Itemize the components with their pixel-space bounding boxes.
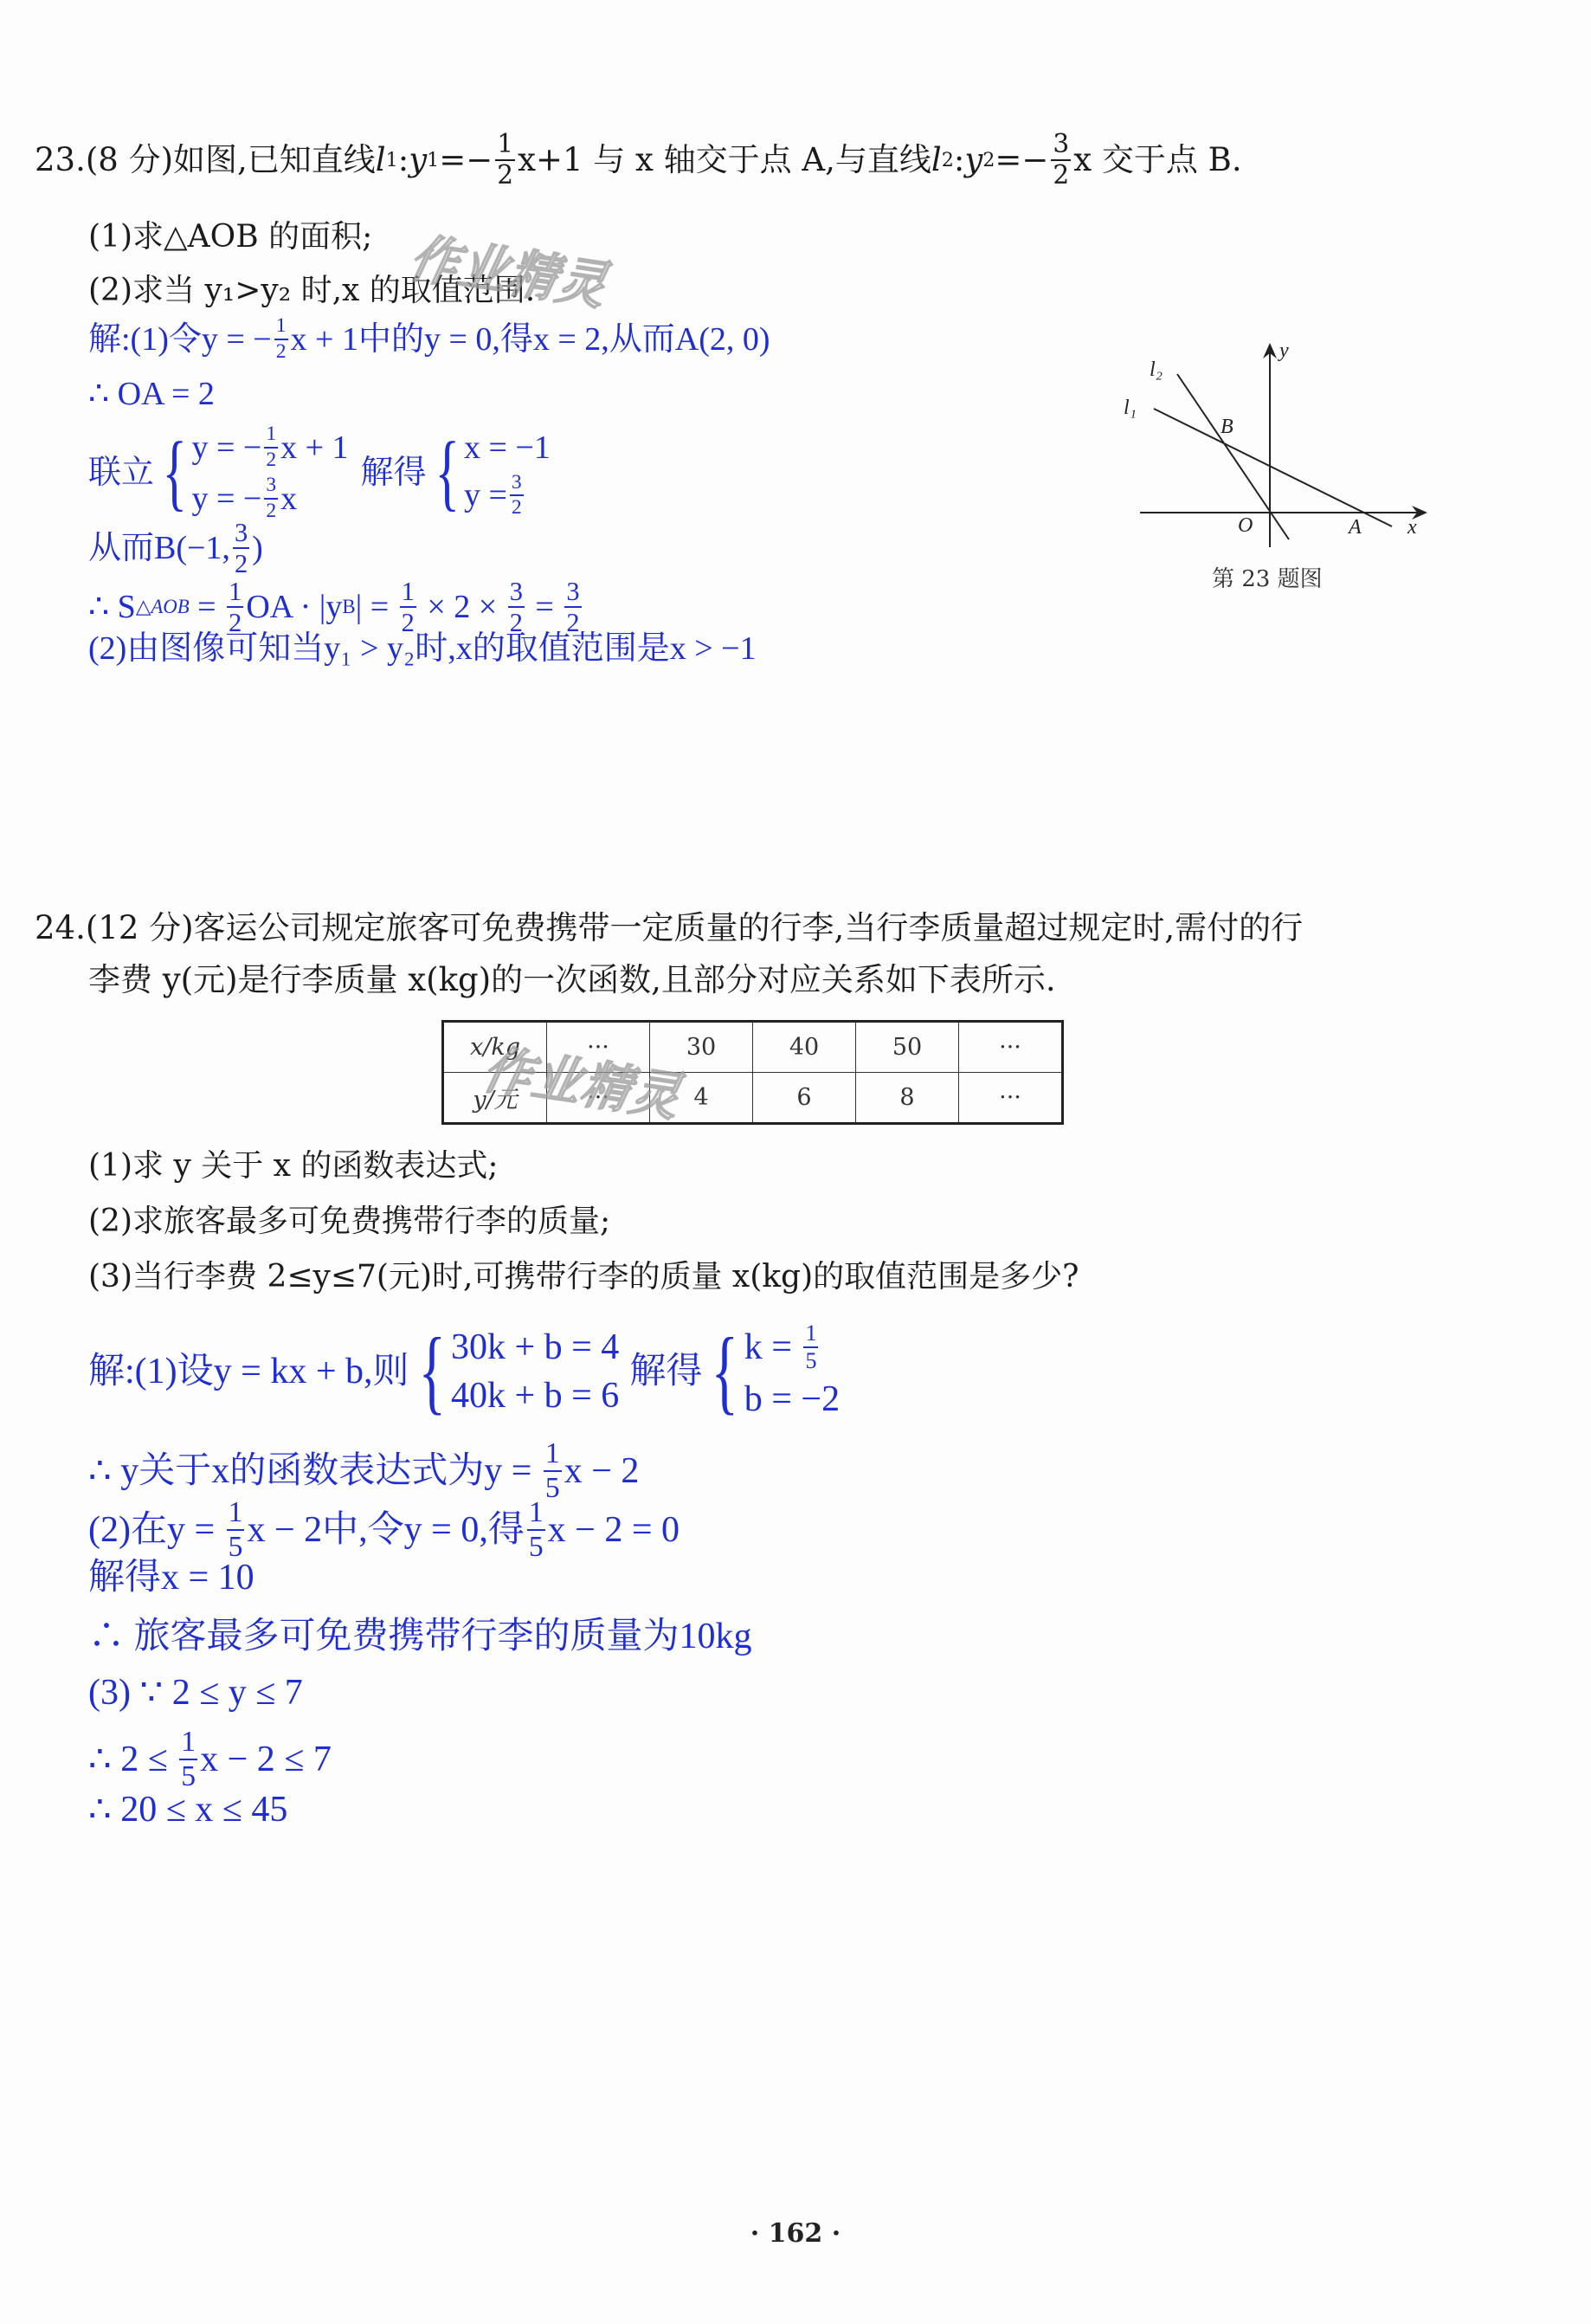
sol-text: y = [464,475,507,515]
l1-label: l₁ [1124,397,1137,420]
eq1-rest: x+1 与 x 轴交于点 A,与直线 [518,130,931,190]
numerator: 1 [527,1498,545,1531]
q24-sol-line4: 解得x = 10 [88,1556,254,1599]
sol-text: 解:(1)设y = kx + b,则 [88,1350,409,1393]
denominator: 2 [266,500,276,522]
y1-subscript: 1 [427,130,439,190]
y1-symbol: y [409,130,427,190]
q24-sol-line3: (2)在y = 15 x − 2中,令y = 0,得 15 x − 2 = 0 [88,1498,680,1561]
q24-sub2: (2)求旅客最多可免费携带行李的质量; [88,1203,610,1241]
sol-text: ∴ S [88,587,136,627]
fraction: 32 [510,473,524,519]
q24-sol-line2: ∴ y关于x的函数表达式为y = 15 x − 2 [88,1439,639,1502]
x-axis-label: x [1407,516,1417,539]
q23-sub1: (1)求△AOB 的面积; [88,218,372,256]
q24-stem-line2: 李费 y(元)是行李质量 x(kg)的一次函数,且部分对应关系如下表所示. [88,961,1056,999]
sol-text: k = [744,1326,802,1369]
sol-text: 联立 [88,453,154,493]
fraction: 15 [544,1439,562,1502]
l2-symbol: l [931,130,942,190]
point-a-label: A [1349,516,1362,539]
numerator: 3 [510,473,524,497]
denominator: 5 [805,1348,816,1372]
q24-sub1: (1)求 y 关于 x 的函数表达式; [88,1147,499,1185]
sol-text: = [527,587,562,627]
subscript: B [342,587,355,627]
numerator: 3 [264,475,278,500]
q24-stem-line1: 24.(12 分)客运公司规定旅客可免费携带一定质量的行李,当行李质量超过规定时… [35,909,1303,947]
l2-label: l₂ [1150,358,1163,382]
fraction: 32 [233,520,249,578]
eq1-sign: =− [439,130,493,190]
l1-subscript: 1 [386,130,398,190]
table-cell: 50 [856,1022,959,1073]
q24-sol-line1: 解:(1)设y = kx + b,则 { 30k + b = 4 40k + b… [88,1322,840,1421]
denominator: 2 [512,496,522,519]
sol-text: ∴ 2 ≤ [88,1738,177,1781]
q23-number: 23. [35,130,86,190]
figure-caption: 第 23 题图 [1212,561,1323,593]
numerator: 1 [495,132,515,161]
numerator: 3 [508,578,525,608]
sol-text: x − 2 [564,1449,640,1493]
solution-system: { k = 15 b = −2 [702,1322,840,1421]
sol-text: y = − [191,479,261,519]
sol-text: x − 2 = 0 [548,1508,680,1552]
numerator: 1 [803,1322,818,1348]
eq2-fraction: 32 [1051,132,1071,188]
y2-symbol: y [964,130,982,190]
left-brace-icon: { [163,430,187,516]
y2-subscript: 2 [982,130,995,190]
numerator: 1 [179,1727,197,1760]
colon: : [954,130,964,190]
system-row: k = 15 [744,1322,840,1372]
denominator: 2 [1053,161,1069,189]
subscript: △AOB [136,587,190,627]
solution-system: { x = −1 y = 32 [427,428,551,519]
sol-text: 解得 [629,1350,702,1393]
left-brace-icon: { [712,1324,738,1418]
denominator: 2 [276,340,287,363]
numerator: 1 [227,1498,245,1531]
sol-text: x + 1中的y = 0,得x = 2,从而A(2, 0) [291,320,770,359]
line-l2 [1177,374,1289,539]
system-row: b = −2 [744,1378,840,1421]
q23-sol-line4: 从而B(−1, 32 ) [88,520,263,578]
fraction: 15 [803,1322,818,1372]
q24-sol-line5: ∴ 旅客最多可免费携带行李的质量为10kg [88,1615,752,1658]
y-axis-label: y [1279,339,1289,363]
line-l1 [1154,409,1392,526]
system-row: 40k + b = 6 [451,1374,619,1417]
fraction: 15 [227,1498,245,1561]
q24-sol-line6: (3) ∵ 2 ≤ y ≤ 7 [88,1671,303,1714]
eq1-fraction: 12 [495,132,515,188]
q24-sub3: (3)当行李费 2≤y≤7(元)时,可携带行李的质量 x(kg)的取值范围是多少… [88,1258,1079,1296]
sol-text: | = [356,587,397,627]
origin-label: O [1238,514,1253,538]
fraction: 32 [508,578,525,636]
q23-sol-system: 联立 { y = −12x + 1 y = −32x 解得 { x = −1 y… [88,424,551,521]
numerator: 3 [1051,132,1071,161]
numerator: 1 [274,316,288,340]
fraction: 12 [227,578,243,636]
table-cell: ··· [959,1073,1063,1124]
table-cell: 40 [753,1022,856,1073]
system-row: y = −32x [191,475,348,521]
sol-text: 从而B(−1, [88,528,230,568]
q23-sol-line2: ∴ OA = 2 [88,374,215,414]
denominator: 2 [235,549,248,577]
left-brace-icon: { [418,1324,445,1418]
numerator: 1 [264,424,278,449]
q23-stem-text: 如图,已知直线 [173,130,376,190]
eq2-rest: x 交于点 B. [1073,130,1241,190]
fraction: 15 [179,1727,197,1791]
sol-text: x − 2 ≤ 7 [200,1738,332,1781]
eq2-sign: =− [995,130,1048,190]
l2-subscript: 2 [942,130,954,190]
denominator: 5 [529,1531,544,1562]
q23-stem: 23. (8 分) 如图,已知直线 l1 : y1 =− 12 x+1 与 x … [35,130,1242,190]
q23-sol-line5: ∴ S△AOB = 12 OA · |yB | = 12 × 2 × 32 = … [88,578,584,636]
sol-text: y = − [191,428,261,468]
equation-system: { 30k + b = 4 40k + b = 6 [409,1324,620,1418]
sol-text: (2)在y = [88,1508,224,1552]
denominator: 2 [266,449,276,471]
sol-text: x + 1 [280,428,348,468]
sol-text: × 2 × [419,587,506,627]
q24-sol-line8: ∴ 20 ≤ x ≤ 45 [88,1788,287,1831]
fraction: 15 [527,1498,545,1561]
sol-text: 解:(1)令y = − [88,320,272,359]
numerator: 1 [400,578,416,608]
l1-symbol: l [376,130,386,190]
denominator: 2 [497,161,513,189]
sol-text: OA · |y [246,587,342,627]
numerator: 3 [233,520,249,549]
fraction: 12 [264,424,278,470]
table-cell: ··· [959,1022,1063,1073]
q23-figure: y l₂ l₁ B O A x 第 23 题图 [1117,329,1446,615]
numerator: 3 [564,578,581,608]
q23-score: (8 分) [86,130,173,190]
equation-system: { y = −12x + 1 y = −32x [154,424,349,521]
sol-text: = [190,587,224,627]
sol-text: 解得 [361,453,427,493]
system-row: y = −12x + 1 [191,424,348,470]
sol-text: x [280,479,297,519]
numerator: 1 [544,1439,562,1472]
system-row: 30k + b = 4 [451,1326,619,1369]
table-cell: 6 [753,1073,856,1124]
left-brace-icon: { [435,430,459,516]
q23-sol-line1: 解:(1)令y = − 12 x + 1中的y = 0,得x = 2,从而A(2… [88,316,770,362]
fraction: 32 [264,475,278,521]
sol-text: x − 2中,令y = 0,得 [247,1508,524,1552]
fraction: 32 [564,578,581,636]
colon: : [398,130,409,190]
point-b-label: B [1221,416,1234,439]
q24-sol-line7: ∴ 2 ≤ 15 x − 2 ≤ 7 [88,1727,332,1791]
table-cell: 8 [856,1073,959,1124]
q23-sol-line6: (2)由图像可知当y₁ > y₂时,x的取值范围是x > −1 [88,629,757,668]
fraction: 12 [274,316,288,362]
numerator: 1 [227,578,243,608]
denominator: 5 [181,1760,196,1791]
sol-text: ) [252,528,263,568]
sol-text: ∴ y关于x的函数表达式为y = [88,1449,541,1493]
system-row: y = 32 [464,473,551,519]
page-number: · 162 · [0,2218,1591,2249]
system-row: x = −1 [464,428,551,468]
fraction: 12 [400,578,416,636]
